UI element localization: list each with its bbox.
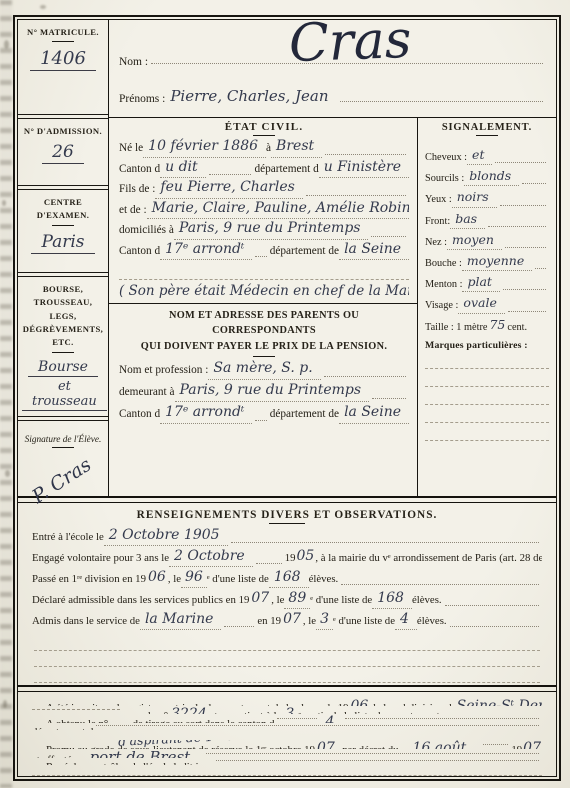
declare-total-value: 168 (372, 589, 412, 609)
departement-label: département d (254, 160, 318, 180)
partie-value: 3 (281, 706, 298, 714)
declare-line: Déclaré admissible dans les services pub… (32, 589, 542, 610)
domicilies-label: domiciliés à (119, 221, 174, 241)
admission-value: 26 (42, 142, 84, 164)
renseignements-section: RENSEIGNEMENTS DIVERS ET OBSERVATIONS. E… (18, 503, 556, 685)
promu-line: Promu au grade de sous-lieutenant de rés… (32, 740, 542, 748)
divider-dash (269, 523, 305, 524)
grade-correction: de sous-lieutenant de réserve d'aspirant… (114, 741, 245, 748)
departement-value: u Finistère (319, 159, 409, 179)
passe-rank-value: 96 (181, 568, 207, 588)
promu-mid2: , par décret du (337, 741, 399, 748)
bourse-value-line1: Bourse (28, 359, 98, 377)
passe-label: Passé en 1ʳᵉ division en 19 (32, 569, 146, 589)
ne-le-line: Né le 10 février 1886 à Brest (119, 138, 409, 159)
admission-label: N° D'ADMISSION. (22, 125, 104, 138)
domicilies-line: domiciliés à Paris, 9 rue du Printemps (119, 220, 409, 241)
etat-civil-column: ÉTAT CIVIL. Né le 10 février 1886 à Bres… (109, 118, 418, 496)
signalement-row: Cheveux : et (425, 146, 549, 167)
bourse-label-line2: LEGS, DÉGRÈVEMENTS, ETC. (22, 310, 104, 350)
affecte-port-value: port de Brest. (85, 749, 203, 758)
dotted-rule (277, 718, 317, 719)
admis-total-value: 4 (395, 610, 417, 630)
signalement-heading: SIGNALEMENT. (425, 122, 549, 133)
blank-ruled-line (34, 667, 540, 683)
promu-year2-value: 07 (522, 740, 542, 748)
scan-speck (3, 700, 7, 708)
front-value: bas (450, 210, 485, 229)
dotted-rule (445, 605, 539, 606)
admis-line: Admis dans le service de la Marine en 19… (32, 610, 542, 631)
raye-label: Rayé des contrôles de l'école ledit jour (46, 758, 213, 766)
divider-dash (253, 356, 275, 357)
document-inner-frame: N° MATRICULE. 1406 N° D'ADMISSION. 26 CE… (17, 19, 557, 777)
mother-name-value: Marie, Claire, Pauline, Amélie Robin (147, 200, 409, 220)
dotted-rule (306, 195, 406, 196)
entre-label: Entré à l'école le (32, 527, 104, 547)
centre-examen-label: CENTRE D'EXAMEN. (22, 196, 104, 223)
blank-ruled-line (425, 387, 549, 405)
visage-label: Visage : (425, 296, 458, 315)
admis-year-value: 07 (281, 610, 303, 629)
recrutement-section: A été inscrit sur le registre matricule … (18, 692, 556, 776)
divider-dash (253, 135, 275, 136)
raye-line: Rayé des contrôles de l'école ledit jour (32, 758, 542, 766)
father-profession-note: ( Son père était Médecin en chef de la M… (119, 283, 409, 299)
blank-ruled-line (119, 263, 409, 280)
bourse-value-line2: et trousseau (22, 379, 107, 411)
sourcils-value: blonds (464, 167, 519, 186)
obtenu-line: A obtenu le n° , de tirage au sort dans … (32, 714, 542, 722)
dotted-rule (325, 154, 406, 155)
blank-ruled-line (425, 351, 549, 369)
signalement-row: Sourcils : blonds (425, 167, 549, 188)
et-de-line: et de : Marie, Claire, Pauline, Amélie R… (119, 200, 409, 221)
promu-year-value: 07 (315, 740, 337, 748)
departement2-value: la Seine (339, 241, 409, 261)
parents-departement-value: la Seine (339, 403, 409, 424)
registre-numero-value: 3224 (168, 706, 210, 714)
sous-suffix: ᵉ partie de la liste de recrutement. (298, 707, 442, 714)
dotted-rule (256, 563, 282, 564)
sous-numero-line: sous le n° 3224 et appartient à la 3 ᵉ p… (32, 706, 542, 714)
engage-line: Engagé volontaire pour 3 ans le 2 Octobr… (32, 547, 542, 568)
dotted-rule (522, 183, 546, 184)
signalement-row: Menton : plat (425, 273, 549, 294)
left-column: N° MATRICULE. 1406 N° D'ADMISSION. 26 CE… (18, 20, 109, 496)
canton-line: Canton d u dit département d u Finistère (119, 159, 409, 180)
dotted-rule (450, 626, 539, 627)
marques-label: Marques particulières : (425, 340, 549, 351)
engage-year-value: 05 (296, 547, 316, 566)
renseignements-heading: RENSEIGNEMENTS DIVERS ET OBSERVATIONS. (32, 509, 542, 521)
sourcils-label: Sourcils : (425, 169, 464, 188)
signalement-row: Bouche : moyenne (425, 252, 549, 273)
canton2-value: 17ᵉ arrondᵗ (160, 241, 252, 261)
dotted-rule (500, 205, 546, 206)
et-de-label: et de : (119, 201, 147, 221)
matricule-block: N° MATRICULE. 1406 (18, 20, 108, 114)
entre-line: Entré à l'école le 2 Octobre 1905 (32, 526, 542, 547)
blank-ruled-line (425, 405, 549, 423)
divider-dash (52, 447, 74, 448)
bourse-block: BOURSE, TROUSSEAU, LEGS, DÉGRÈVEMENTS, E… (18, 277, 108, 416)
dotted-rule (324, 376, 406, 377)
dotted-rule (32, 709, 120, 710)
bouche-label: Bouche : (425, 254, 462, 273)
document-outer-frame: N° MATRICULE. 1406 N° D'ADMISSION. 26 CE… (13, 15, 561, 781)
dotted-rule (508, 311, 546, 312)
prenoms-value: Pierre, Charles, Jean (165, 88, 336, 105)
divider-dash (52, 225, 74, 226)
bouche-value: moyenne (462, 252, 532, 271)
sous-label: sous le n° (126, 707, 168, 714)
entre-value: 2 Octobre 1905 (104, 526, 228, 546)
centre-examen-value: Paris (31, 232, 94, 254)
visage-value: ovale (458, 294, 504, 313)
declare-label: Déclaré admissible dans les services pub… (32, 590, 249, 610)
promu-label: Promu au grade (46, 741, 114, 748)
canton2-label: Canton d (119, 242, 160, 262)
section-separator (18, 685, 556, 692)
inscrit-label: A été inscrit sur le registre matricule … (46, 699, 349, 706)
nez-value: moyen (447, 231, 502, 250)
divider-dash (476, 135, 498, 136)
dotted-rule (206, 753, 539, 754)
centre-examen-block: CENTRE D'EXAMEN. Paris (18, 190, 108, 272)
tirage-numero-value: , (108, 714, 132, 722)
dotted-rule (345, 718, 539, 719)
parents-canton-value: 17ᵉ arrondᵗ (160, 403, 252, 424)
nom-label: Nom : (119, 56, 148, 68)
cheveux-label: Cheveux : (425, 148, 467, 167)
etat-civil-heading: ÉTAT CIVIL. (119, 121, 409, 133)
upper-region: N° MATRICULE. 1406 N° D'ADMISSION. 26 CE… (18, 20, 556, 496)
departement-label: département d (32, 723, 93, 731)
fils-de-label: Fils de : (119, 180, 155, 200)
divider-dash (52, 41, 74, 42)
menton-label: Menton : (425, 275, 462, 294)
canton-ditto-mark: 4 (320, 714, 342, 722)
inscrit-year-value: 06 (349, 698, 371, 706)
signalement-row: Nez : moyen (425, 231, 549, 252)
obtenu-mid: de tirage au sort dans le canton d (133, 715, 275, 722)
blank-ruled-line (34, 651, 540, 667)
matricule-value: 1406 (30, 48, 96, 71)
taille-value: 75 (487, 316, 507, 334)
parents-canton-line: Canton d 17ᵉ arrondᵗ département de la S… (119, 403, 409, 425)
dotted-rule (483, 744, 508, 745)
declare-mid2: ᵉ d'une liste de (310, 590, 372, 610)
admis-mid2: , le (303, 611, 316, 631)
canton2-line: Canton d 17ᵉ arrondᵗ département de la S… (119, 241, 409, 262)
decret-date-value: 16 août (399, 740, 481, 748)
engage-suffix: , à la mairie du vᵉ arrondissement de Pa… (315, 548, 542, 568)
ne-le-label: Né le (119, 139, 143, 159)
dotted-rule (340, 101, 543, 102)
declare-suffix: élèves. (412, 590, 442, 610)
birthdate-value: 10 février 1886 (143, 138, 266, 158)
signalement-row: Front: bas (425, 210, 549, 231)
signalement-column: SIGNALEMENT. Cheveux : et Sourcils : blo… (418, 118, 556, 496)
nom-profession-value: Sa mère, S. p. (208, 359, 320, 380)
upper-right-region: Cras Nom : Prénoms : Pierre, Charles, Je… (109, 20, 556, 496)
demeurant-line: demeurant à Paris, 9 rue du Printemps (119, 381, 409, 403)
promu-mid3: 19 (511, 741, 522, 748)
scan-speck (5, 470, 10, 477)
menton-value: plat (462, 273, 499, 292)
nom-profession-label: Nom et profession : (119, 360, 208, 381)
yeux-value: noirs (452, 188, 497, 207)
admission-block: N° D'ADMISSION. 26 (18, 119, 108, 185)
inscrit-mid: de la subdivision d (370, 699, 451, 706)
dotted-rule (503, 289, 546, 290)
scan-speck (40, 5, 46, 9)
blank-ruled-line (425, 369, 549, 387)
fils-de-line: Fils de : feu Pierre, Charles (119, 179, 409, 200)
dotted-rule (231, 542, 539, 543)
declare-mid: , le (271, 590, 284, 610)
affecte-line: et affecté au port de Brest. (32, 749, 542, 758)
parents-heading-line2: QUI DOIVENT PAYER LE PRIX DE LA PENSION. (119, 339, 409, 354)
dotted-rule (216, 760, 539, 761)
front-label: Front: (425, 212, 450, 231)
cheveux-value: et (467, 146, 492, 165)
dotted-rule (224, 626, 254, 627)
dotted-rule (535, 268, 546, 269)
prenoms-line: Prénoms : Pierre, Charles, Jean (119, 88, 546, 106)
admis-mid: en 19 (257, 611, 281, 631)
signalement-row: Visage : ovale (425, 294, 549, 315)
nez-label: Nez : (425, 233, 447, 252)
name-band: Cras Nom : Prénoms : Pierre, Charles, Je… (109, 20, 556, 118)
dotted-rule (505, 247, 546, 248)
birthplace-value: Brest (271, 138, 322, 158)
dotted-rule (96, 725, 539, 726)
canton-value: u dit (160, 159, 206, 179)
section-separator (18, 496, 556, 503)
departement2-label: département de (270, 242, 339, 262)
parents-heading-line1: NOM ET ADRESSE DES PARENTS OU CORRESPOND… (119, 308, 409, 339)
passe-year-value: 06 (146, 568, 168, 587)
scan-speck (2, 200, 6, 206)
departement-line: département d (32, 723, 542, 731)
taille-suffix: cent. (507, 318, 527, 337)
passe-suffix: élèves. (309, 569, 339, 589)
matricule-label: N° MATRICULE. (22, 26, 104, 39)
surname-script: Cras (288, 10, 412, 74)
yeux-label: Yeux : (425, 190, 452, 209)
dotted-rule (255, 420, 266, 421)
passe-mid: , le (168, 569, 181, 589)
parents-canton-label: Canton d (119, 404, 160, 425)
affecte-label: et affecté au (32, 751, 85, 758)
father-name-value: feu Pierre, Charles (155, 179, 302, 199)
engage-year-prefix: 19 (285, 548, 296, 568)
demeurant-label: demeurant à (119, 382, 175, 403)
dotted-rule (495, 162, 546, 163)
nom-profession-line: Nom et profession : Sa mère, S. p. (119, 359, 409, 381)
canton-label: Canton d (119, 160, 160, 180)
admis-mid3: ᵉ d'une liste de (333, 611, 395, 631)
subdivision-value: Seine-Sᵗ Denis (452, 698, 542, 706)
inscrit-line: A été inscrit sur le registre matricule … (32, 698, 542, 706)
parents-departement-label: département de (270, 404, 339, 425)
admis-rank-value: 3 (316, 610, 333, 630)
passe-total-value: 168 (269, 568, 309, 588)
sous-mid: et appartient à la (210, 707, 282, 714)
bourse-label-line1: BOURSE, TROUSSEAU, (22, 283, 104, 310)
mid-region: ÉTAT CIVIL. Né le 10 février 1886 à Bres… (109, 118, 556, 496)
declare-year-value: 07 (249, 589, 271, 608)
admis-label: Admis dans le service de (32, 611, 140, 631)
blank-ruled-line (425, 423, 549, 441)
dotted-rule (255, 256, 266, 257)
taille-label: Taille : 1 mètre (425, 318, 487, 337)
dotted-rule (341, 584, 539, 585)
passe-line: Passé en 1ʳᵉ division en 19 06 , le 96 ᵉ… (32, 568, 542, 589)
engage-label: Engagé volontaire pour 3 ans le (32, 548, 169, 568)
prenoms-label: Prénoms : (119, 93, 165, 105)
signalement-row: Yeux : noirs (425, 188, 549, 209)
admis-suffix: élèves. (417, 611, 447, 631)
signature-label: Signature de l'Élève. (22, 435, 104, 445)
blank-ruled-line (34, 635, 540, 651)
scan-speck (4, 40, 9, 49)
taille-line: Taille : 1 mètre 75 cent. (425, 316, 549, 337)
engage-date-value: 2 Octobre (169, 547, 253, 567)
blank-ruled-line (32, 768, 542, 776)
divider-dash (52, 352, 74, 353)
section-rule (109, 303, 417, 304)
dotted-rule (209, 174, 252, 175)
dotted-rule (372, 398, 406, 399)
passe-mid2: ᵉ d'une liste de (207, 569, 269, 589)
dotted-rule (371, 236, 406, 237)
address-value: Paris, 9 rue du Printemps (174, 220, 369, 240)
declare-rank-value: 89 (284, 589, 310, 609)
dotted-rule (488, 226, 546, 227)
scan-edge-noise (0, 0, 12, 788)
signature-block: Signature de l'Élève. P. Cras (18, 421, 108, 496)
obtenu-label: A obtenu le n° (46, 715, 108, 722)
demeurant-value: Paris, 9 rue du Printemps (175, 381, 370, 402)
admis-service-value: la Marine (140, 610, 221, 630)
